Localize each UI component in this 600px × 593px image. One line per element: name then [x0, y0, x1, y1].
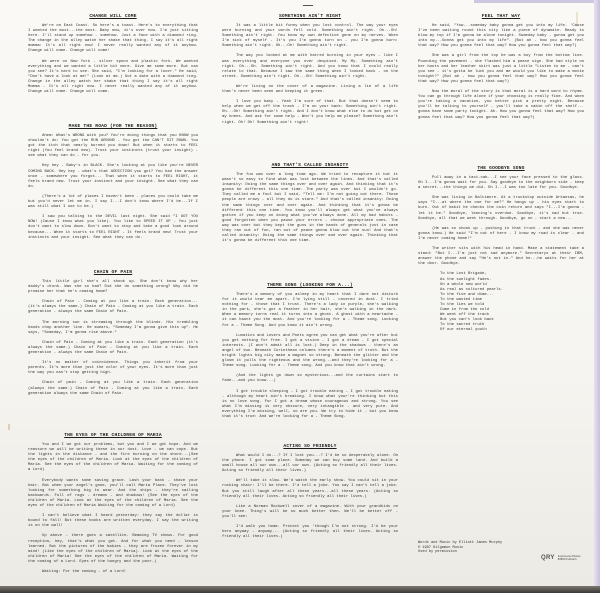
song-title: FEEL THAT WAY — [418, 14, 584, 19]
lyric-paragraph: We'll take it slow. We'd watch the early… — [222, 479, 398, 499]
lyric-paragraph: I can't believe what I heard yesterday: … — [28, 514, 198, 529]
printer-logo: QRY Imprimerie Parisot 83900 Forbach — [541, 555, 580, 562]
lyric-paragraph: The fun was over a long time ago. We tri… — [222, 173, 398, 244]
song-title: THE GOODBYE SONG — [418, 166, 584, 171]
lyric-paragraph: (And the lights go down so mysterious...… — [222, 374, 398, 384]
lyric-paragraph: Now the moral of the story is that moral… — [418, 90, 584, 121]
divider-mark — [303, 5, 313, 6]
lyric-paragraph: I got trouble sleeping - I got trouble e… — [222, 390, 398, 421]
paper-speck — [8, 424, 10, 430]
credits: Words and Music by Elliott James Murphy … — [418, 541, 588, 555]
lyric-paragraph: She was living in Baltimore. At a trucks… — [418, 196, 584, 221]
lyric-paragraph: She was a girl from the top he was a boy… — [418, 54, 584, 85]
lyric-paragraph: Chain of pain - Coming at you like a tra… — [28, 381, 198, 396]
lyric-paragraph: Chain of Pain - Coming at you like a tra… — [28, 341, 198, 356]
lyric-paragraph: Hey hey - Baby's in BLACK. She's looking… — [28, 164, 198, 189]
sleeve-edge-top — [474, 0, 594, 3]
lyric-paragraph: Chain of Pain - Coming at you like a tra… — [28, 300, 198, 315]
song-something-aint-right: SOMETHING AIN'T RIGHT It was a little bi… — [222, 14, 398, 131]
song-make-the-road: MAKE THE ROAD (FOR THE REASON) Ahem: Wha… — [28, 124, 198, 246]
sleeve-edge-bottom — [0, 586, 600, 593]
song-title: ACTING SO FRIENDLY — [222, 444, 398, 449]
song-title: AND THAT'S CALLED INSANITY — [222, 163, 398, 168]
song-the-goodbye-song: THE GOODBYE SONG Pull away in a taxi-cab… — [418, 166, 584, 334]
lyric-paragraph: We're on East Coast. So here's a toast. … — [28, 24, 198, 55]
printer-logo-text: Imprimerie Parisot 83900 Forbach — [558, 555, 581, 562]
verse-block: To the Lost Brigade, As the sunlight fad… — [418, 272, 584, 333]
lyric-paragraph: I love you baby - Yeah I'm sure of that.… — [222, 100, 398, 125]
lyric-paragraph: I'd walk you home. Protect you 'though I… — [222, 525, 398, 540]
lyric-paragraph: Pull away in a taxi-cab...I see your fac… — [418, 176, 584, 191]
lyric-paragraph: What would I do...? If I lost you...? I'… — [222, 454, 398, 474]
song-chain-of-pain: CHAIN OF PAIN This little girl she's all… — [28, 270, 198, 402]
song-feel-that-way: FEEL THAT WAY He said, "Yow...someday ba… — [418, 14, 584, 126]
sleeve-edge-right — [594, 0, 600, 593]
lyric-paragraph: The writer sits with his head in hand. M… — [418, 247, 584, 267]
song-title: THEME SONG (LOOKING FOR A...) — [222, 283, 398, 288]
lyric-paragraph: (He was so shook up - pushing in that tr… — [418, 227, 584, 242]
lyric-paragraph: Up above - there goes a satellite. Beami… — [28, 534, 198, 565]
lyric-paragraph: The way you looked at me with hatred bur… — [222, 54, 398, 79]
lyric-paragraph: Ahem: What's WRONG with you? You're doin… — [28, 134, 198, 159]
lyric-paragraph: Everybody wants some saving grace. Lash … — [28, 479, 198, 510]
song-title: MAKE THE ROAD (FOR THE REASON) — [28, 124, 198, 129]
song-title: THE EYES OF THE CHILDREN OF MARIA — [28, 433, 198, 438]
lyric-paragraph: There's a memory of you asleep in my hea… — [222, 293, 398, 329]
song-title: SOMETHING AIN'T RIGHT — [222, 14, 398, 19]
song-change-will-come: CHANGE WILL COME We're on East Coast. So… — [28, 14, 198, 100]
lyric-paragraph: This little girl she's all shook up. She… — [28, 280, 198, 295]
lyric-paragraph: (There's a lot of places I haven't been … — [28, 195, 198, 210]
lyric-paragraph: I saw you talking to the DEVIL last nigh… — [28, 215, 198, 240]
lyric-paragraph: It's no matter of coincidence. Things yo… — [28, 361, 198, 376]
lyric-paragraph: Lunatics and Lovers and Poets agree you … — [222, 334, 398, 370]
printer-logo-mark: QRY — [541, 555, 555, 561]
song-theme-song: THEME SONG (LOOKING FOR A...) There's a … — [222, 283, 398, 425]
lyric-paragraph: You and I we got our problems, but you a… — [28, 443, 198, 474]
lyric-paragraph: He said, "Yow...someday baby gonna get y… — [418, 24, 584, 49]
verse-line: Of our eternal youth — [418, 328, 584, 333]
lyric-paragraph: Waiting: For the coming - of a Lord! — [28, 570, 198, 575]
lyric-paragraph: The morning sun is streaming through the… — [28, 321, 198, 336]
lyric-paragraph: We're living on the cover of a magazine.… — [222, 85, 398, 95]
lyric-paragraph: Like a Norman Rockwell cover of a magazi… — [222, 505, 398, 520]
song-title: CHAIN OF PAIN — [28, 270, 198, 275]
song-title: CHANGE WILL COME — [28, 14, 198, 19]
song-acting-so-friendly: ACTING SO FRIENDLY What would I do...? I… — [222, 444, 398, 545]
lyric-paragraph: It was a little bit funny when you lost … — [222, 24, 398, 49]
song-eyes-of-the-children-of-maria: THE EYES OF THE CHILDREN OF MARIA You an… — [28, 433, 198, 580]
lyric-paragraph: We were on New York - silver spoon and p… — [28, 60, 198, 96]
song-and-thats-called-insanity: AND THAT'S CALLED INSANITY The fun was o… — [222, 163, 398, 249]
printer-location: 83900 Forbach — [558, 558, 581, 561]
